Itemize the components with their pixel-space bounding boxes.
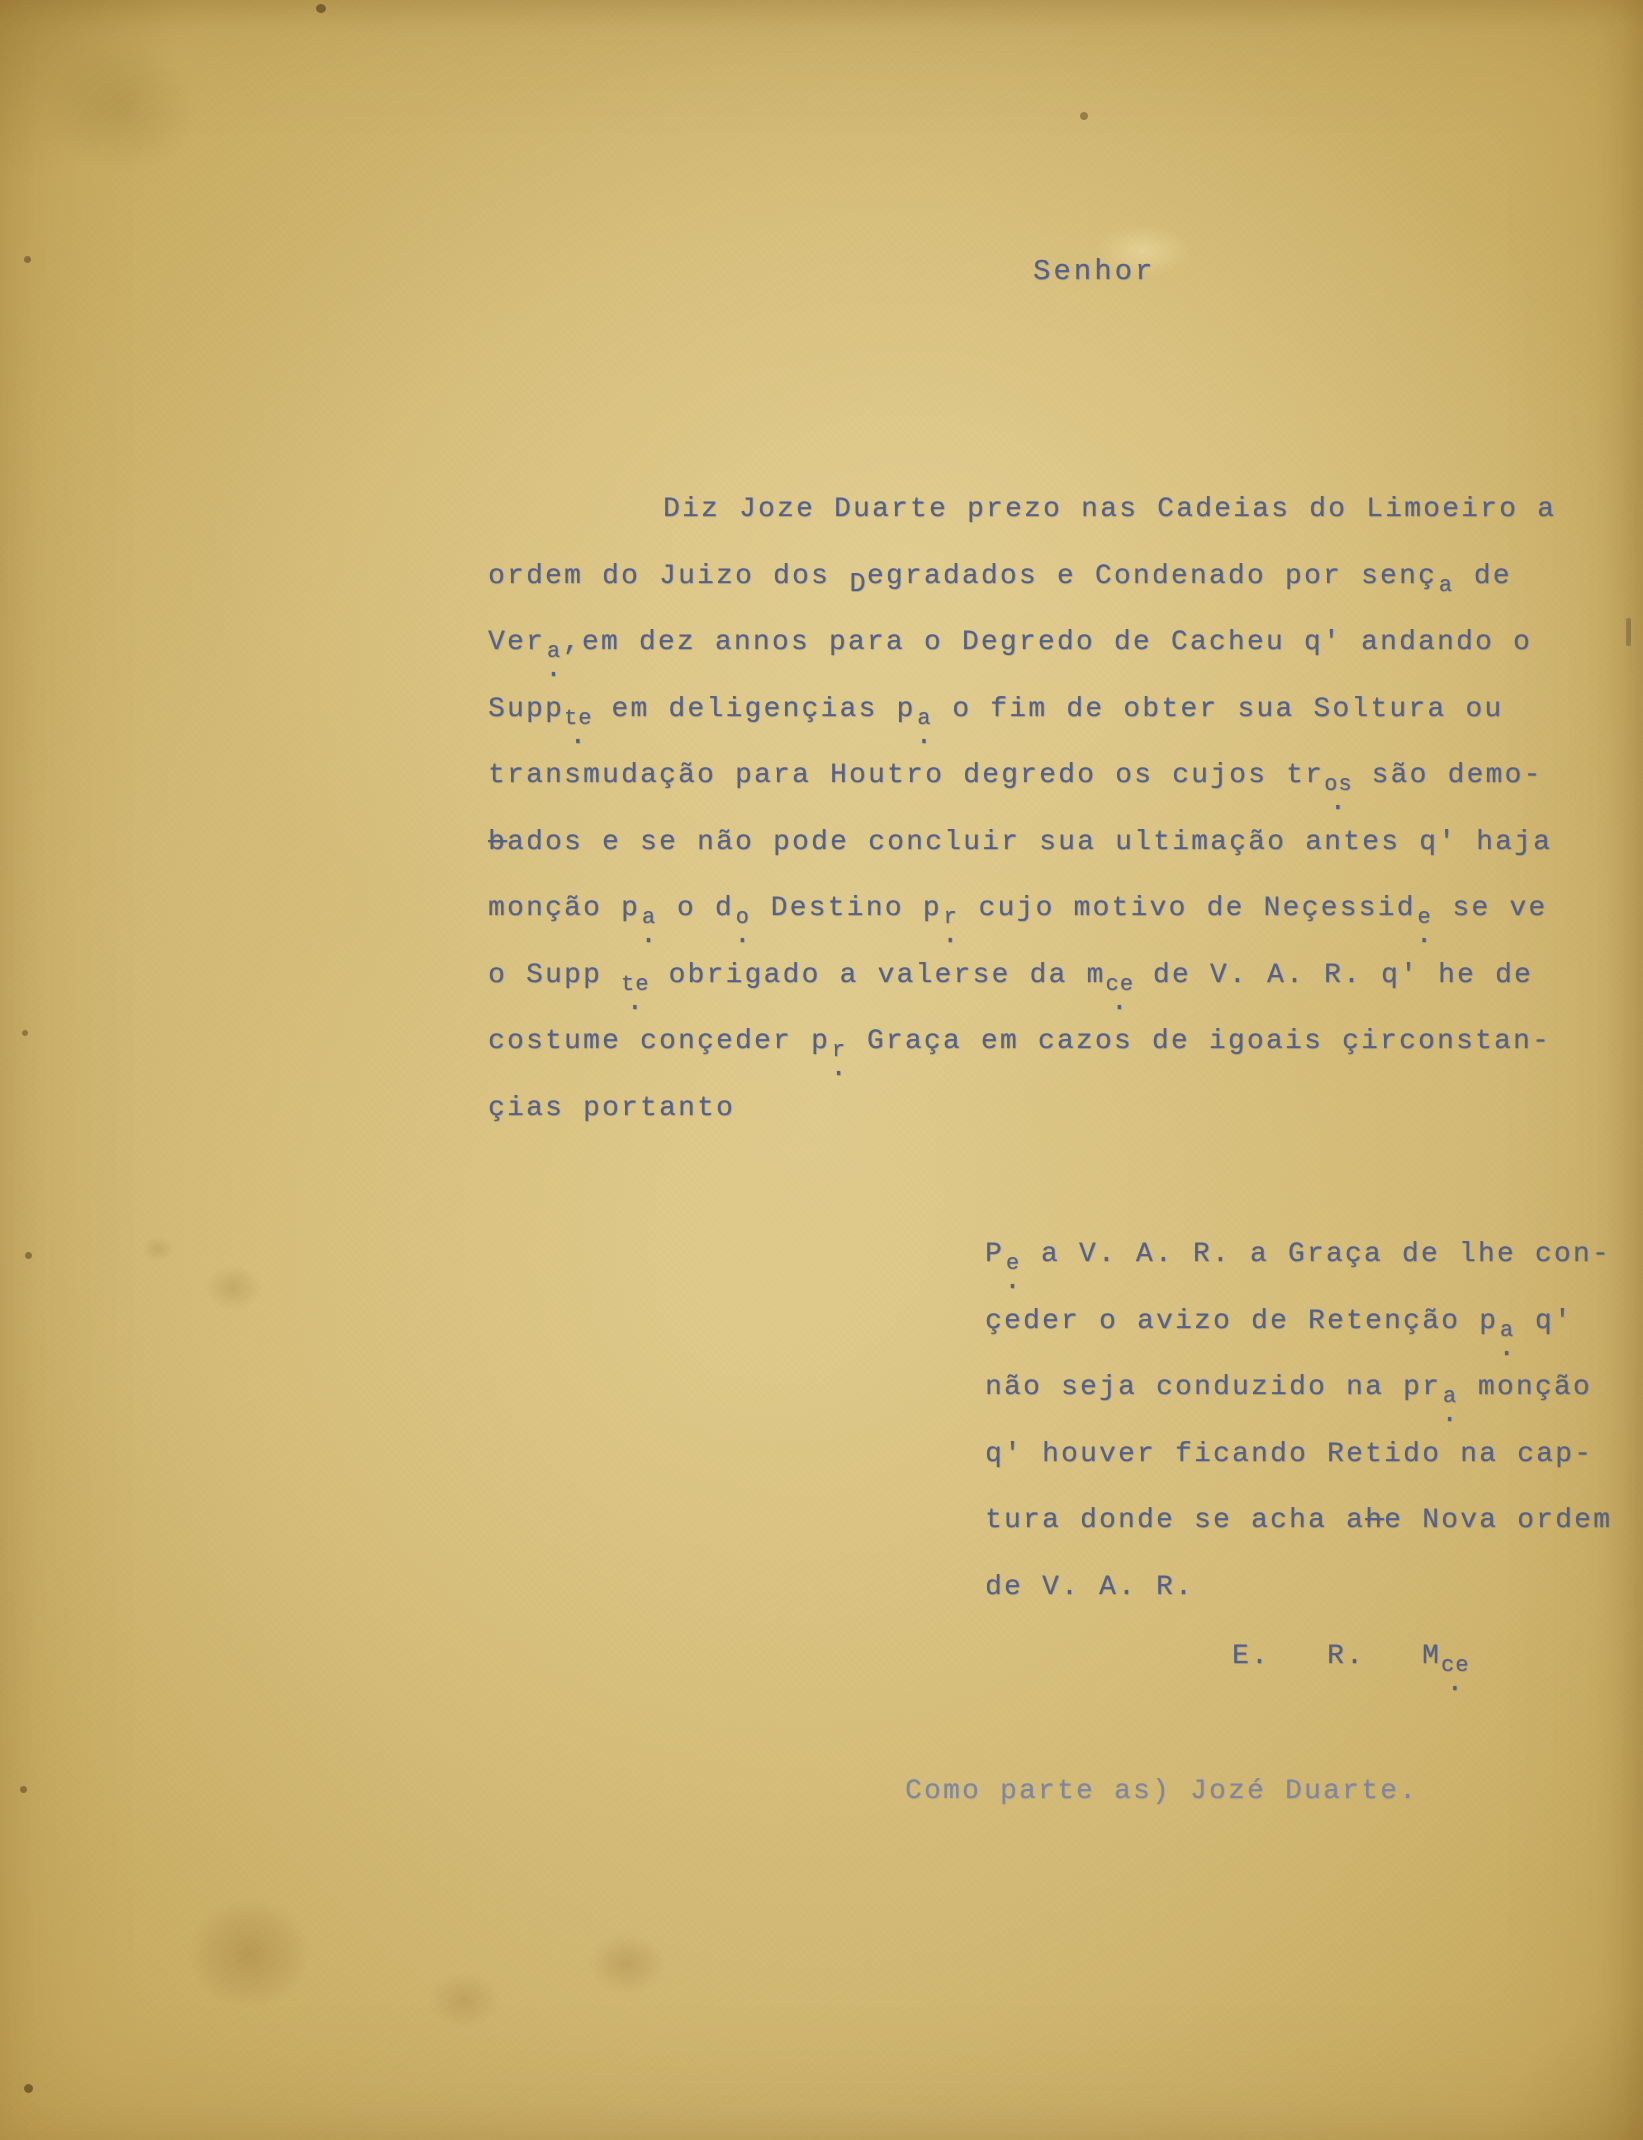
superscript-abbreviation: a. — [545, 640, 563, 676]
superscript-abbreviation: a. — [1498, 1319, 1516, 1355]
stain — [142, 1236, 174, 1262]
superscript-abbreviation: e. — [1416, 906, 1434, 942]
text-line: Pe. a V. A. R. a Graça de lhe con- — [985, 1222, 1643, 1289]
superscript-abbreviation: r. — [942, 906, 960, 942]
text-line: tura donde se acha ahe Nova ordem — [985, 1488, 1643, 1555]
text-line: çeder o avizo de Retenção pa. q' — [985, 1289, 1643, 1356]
superscript-abbreviation: a — [1437, 574, 1455, 610]
text-line: Vera.,em dez annos para o Degredo de Cac… — [488, 610, 1598, 677]
text-line: ordem do Juizo dos D egradados e Condena… — [488, 544, 1598, 611]
stain — [428, 1972, 500, 2028]
superscript-abbreviation: r. — [830, 1039, 848, 1075]
deferral-formula: E. R. Mce. — [1232, 1637, 1469, 1690]
superscript-abbreviation: ce. — [1106, 973, 1134, 1009]
signature-line: Como parte as) Jozé Duarte. — [905, 1772, 1418, 1812]
stain — [188, 1898, 310, 2010]
superscript-abbreviation: a. — [640, 906, 658, 942]
text-line: q' houver ficando Retido na cap- — [985, 1422, 1643, 1489]
edge-mark — [1626, 618, 1631, 646]
text-line: monção pa. o do. Destino pr. cujo motivo… — [488, 876, 1598, 943]
punch-hole-dot — [24, 2084, 33, 2093]
text-line: costume conçeder pr. Graça em cazos de i… — [488, 1009, 1598, 1076]
text-line: Suppte. em deligençias pa. o fim de obte… — [488, 677, 1598, 744]
text-line: não seja conduzido na pra. monção — [985, 1355, 1643, 1422]
document-heading: Senhor — [1033, 252, 1155, 292]
punch-hole-dot — [22, 1030, 28, 1036]
text-line: bados e se não pode concluir sua ultimaç… — [488, 810, 1598, 877]
letter-page: Senhor Diz Joze Duarte prezo nas Cadeias… — [0, 0, 1643, 2140]
superscript-abbreviation: te. — [564, 707, 592, 743]
corner-smudge — [48, 44, 198, 174]
body-paragraph: Diz Joze Duarte prezo nas Cadeias do Lim… — [488, 477, 1598, 1142]
superscript-abbreviation: ce. — [1441, 1654, 1469, 1690]
superscript-abbreviation: a. — [1441, 1385, 1459, 1421]
text-line: çias portanto — [488, 1076, 1598, 1143]
superscript-abbreviation: D — [849, 573, 867, 610]
text-line: Diz Joze Duarte prezo nas Cadeias do Lim… — [488, 477, 1598, 544]
superscript-abbreviation: o. — [734, 906, 752, 942]
text-line: de V. A. R. — [985, 1555, 1643, 1622]
stain — [588, 1933, 666, 1995]
punch-hole-dot — [24, 256, 31, 263]
text-line: transmudação para Houtro degredo os cujo… — [488, 743, 1598, 810]
ink-speck — [1080, 112, 1088, 120]
superscript-abbreviation: e. — [1004, 1252, 1022, 1288]
petition-paragraph: Pe. a V. A. R. a Graça de lhe con-çeder … — [985, 1222, 1643, 1621]
superscript-abbreviation: os. — [1324, 773, 1352, 809]
stain — [204, 1265, 262, 1311]
superscript-abbreviation: te. — [621, 973, 649, 1009]
punch-hole-dot — [20, 1786, 27, 1793]
ink-speck — [316, 4, 326, 13]
punch-hole-dot — [25, 1252, 32, 1259]
text-line: o Supp te. obrigado a valerse da mce. de… — [488, 943, 1598, 1010]
superscript-abbreviation: a. — [915, 707, 933, 743]
